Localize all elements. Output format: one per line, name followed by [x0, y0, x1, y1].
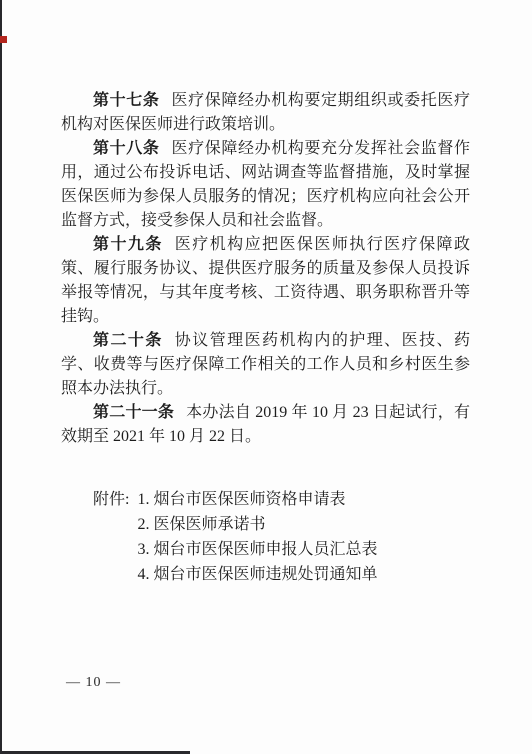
article-21-number: 第二十一条 — [93, 404, 186, 421]
article-18-number: 第十八条 — [93, 140, 171, 157]
attachment-item-4: 4. 烟台市医保医师违规处罚通知单 — [137, 562, 377, 587]
article-17-paragraph: 第十七条医疗保障经办机构要定期组织或委托医疗机构对医保医师进行政策培训。 — [61, 89, 470, 137]
scanned-document-page: 第十七条医疗保障经办机构要定期组织或委托医疗机构对医保医师进行政策培训。 第十八… — [0, 0, 532, 754]
article-18-paragraph: 第十八条医疗保障经办机构要充分发挥社会监督作用，通过公布投诉电话、网站调查等监督… — [61, 137, 470, 233]
article-20-paragraph: 第二十条协议管理医药机构内的护理、医技、药学、收费等与医疗保障工作相关的工作人员… — [61, 329, 470, 401]
attachment-item-3: 3. 烟台市医保医师申报人员汇总表 — [137, 537, 377, 562]
article-17-number: 第十七条 — [93, 92, 171, 109]
attachment-item-1: 1. 烟台市医保医师资格申请表 — [137, 487, 377, 512]
red-scan-mark — [0, 36, 7, 43]
page-number: — 10 — — [66, 674, 121, 692]
attachment-item-2: 2. 医保医师承诺书 — [137, 512, 377, 537]
attachments-label: 附件: — [93, 487, 129, 512]
attachments-list: 1. 烟台市医保医师资格申请表 2. 医保医师承诺书 3. 烟台市医保医师申报人… — [137, 487, 377, 587]
document-body: 第十七条医疗保障经办机构要定期组织或委托医疗机构对医保医师进行政策培训。 第十八… — [61, 89, 470, 587]
article-19-paragraph: 第十九条医疗机构应把医保医师执行医疗保障政策、履行服务协议、提供医疗服务的质量及… — [61, 233, 470, 329]
article-19-number: 第十九条 — [93, 236, 175, 253]
attachments-block: 附件: 1. 烟台市医保医师资格申请表 2. 医保医师承诺书 3. 烟台市医保医… — [61, 487, 470, 587]
article-20-number: 第二十条 — [93, 332, 175, 349]
scan-edge-left — [0, 0, 2, 754]
article-21-paragraph: 第二十一条本办法自 2019 年 10 月 23 日起试行，有效期至 2021 … — [61, 401, 470, 449]
